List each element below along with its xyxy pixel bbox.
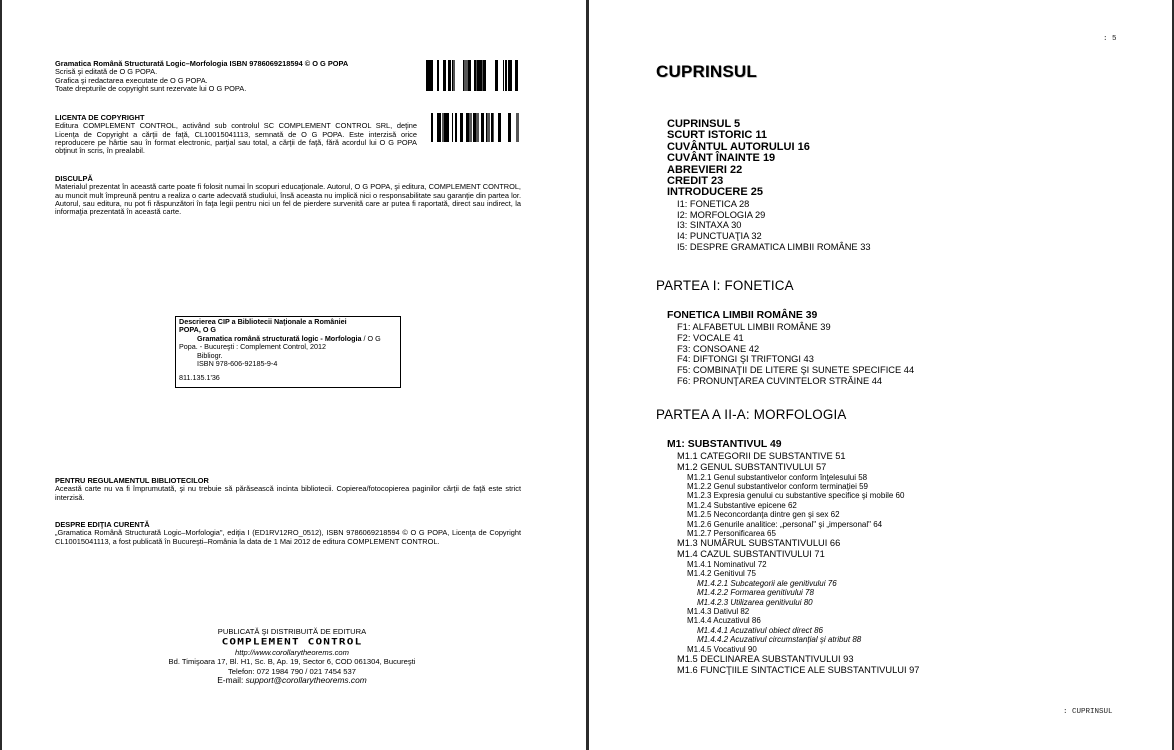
toc-entry[interactable]: M1.1 CATEGORII DE SUBSTANTIVE 51 [656,451,919,462]
toc-entry[interactable]: M1.2.5 Neconcordanţa dintre gen şi sex 6… [656,510,919,519]
edition-section: DESPRE EDIŢIA CURENTĂ „Gramatica Română … [55,521,521,546]
toc-entry[interactable]: F4: DIFTONGI ŞI TRIFTONGI 43 [656,354,914,365]
toc-entry[interactable]: CUVÂNT ÎNAINTE 19 [656,153,871,164]
toc-entry[interactable]: F2: VOCALE 41 [656,333,914,344]
edition-text: „Gramatica Română Structurată Logic–Morf… [55,529,521,546]
library-rules-section: PENTRU REGULAMENTUL BIBLIOTECILOR Aceast… [55,477,521,502]
toc-entry[interactable]: M1.2 GENUL SUBSTANTIVULUI 57 [656,462,919,473]
toc-entry[interactable]: M1.4.2.3 Utilizarea genitivului 80 [656,598,919,607]
toc-entry[interactable]: M1.2.4 Substantive epicene 62 [656,501,919,510]
toc-entry[interactable]: M1.3 NUMĂRUL SUBSTANTIVULUI 66 [656,538,919,549]
toc-entry[interactable]: M1.4.5 Vocativul 90 [656,645,919,654]
toc-part2: M1: SUBSTANTIVUL 49M1.1 CATEGORII DE SUB… [656,440,919,676]
toc-entry[interactable]: I4: PUNCTUAŢIA 32 [656,231,871,242]
library-rules-text: Această carte nu va fi împrumutată, şi n… [55,485,521,502]
toc-entry[interactable]: M1.2.7 Personificarea 65 [656,529,919,538]
disclaimer-text: Materialul prezentat în această carte po… [55,183,521,216]
license-text: Editura COMPLEMENT CONTROL, activând sub… [55,122,417,155]
left-page: Gramatica Română Structurată Logic–Morfo… [2,0,586,750]
barcode-stripe [516,113,519,142]
toc-entry[interactable]: M1.2.2 Genul substantivelor conform term… [656,482,919,491]
toc-part1: FONETICA LIMBII ROMÂNE 39F1: ALFABETUL L… [656,311,914,387]
barcode-license [424,113,519,142]
toc-entry[interactable]: M1.4.1 Nominativul 72 [656,560,919,569]
publisher-block: PUBLICATĂ ŞI DISTRIBUITĂ DE EDITURA COMP… [132,627,452,685]
toc-entry[interactable]: M1: SUBSTANTIVUL 49 [656,440,919,451]
toc-entry[interactable]: M1.6 FUNCŢIILE SINTACTICE ALE SUBSTANTIV… [656,665,919,676]
license-section: LICENTA DE COPYRIGHT Editura COMPLEMENT … [55,114,417,155]
publisher-email-label: E-mail: [217,675,245,685]
toc-entry[interactable]: M1.4.4.2 Acuzativul circumstanţial şi at… [656,635,919,644]
toc-entry[interactable]: I1: FONETICA 28 [656,199,871,210]
publisher-address: Bd. Timişoara 17, Bl. H1, Sc. B, Ap. 19,… [132,657,452,666]
toc-entry[interactable]: M1.2.6 Genurile analitice: „personal" şi… [656,520,919,529]
cip-box: Descrierea CIP a Bibliotecii Naţionale a… [175,316,401,388]
publisher-label: PUBLICATĂ ŞI DISTRIBUITĂ DE EDITURA [132,627,452,636]
toc-entry[interactable]: I5: DESPRE GRAMATICA LIMBII ROMÂNE 33 [656,242,871,253]
barcode-stripe [515,60,518,91]
toc-entry[interactable]: F6: PRONUNŢAREA CUVINTELOR STRĂINE 44 [656,376,914,387]
disclaimer-section: DISCULPĂ Materialul prezentat în această… [55,175,521,216]
toc-entry[interactable]: M1.4.4 Acuzativul 86 [656,616,919,625]
toc-entry[interactable]: M1.4 CAZUL SUBSTANTIVULUI 71 [656,549,919,560]
toc-entry[interactable]: I2: MORFOLOGIA 29 [656,210,871,221]
publisher-email[interactable]: support@corollarytheorems.com [246,675,367,685]
toc-entry[interactable]: M1.2.1 Genul substantivelor conform înţe… [656,473,919,482]
toc-entry[interactable]: INTRODUCERE 25 [656,187,871,198]
part-title-morfologia: PARTEA A II-A: MORFOLOGIA [656,407,847,422]
page-number: : 5 [1103,35,1117,43]
toc-entry[interactable]: M1.4.2.1 Subcategorii ale genitivului 76 [656,579,919,588]
cip-class: 811.135.1'36 [179,374,397,382]
toc-entry[interactable]: I3: SINTAXA 30 [656,220,871,231]
barcode-isbn [426,60,518,91]
toc-entry[interactable]: F1: ALFABETUL LIMBII ROMÂNE 39 [656,322,914,333]
page-title: CUPRINSUL [656,62,757,82]
publisher-url[interactable]: http://www.corollarytheorems.com [132,648,452,657]
publisher-logo: COMPLEMENT CONTROL [222,637,363,647]
toc-entry[interactable]: M1.4.3 Dativul 82 [656,607,919,616]
cip-title-rest: / O G [362,334,381,343]
right-page: : 5 CUPRINSUL CUPRINSUL 5SCURT ISTORIC 1… [589,0,1172,750]
toc-entry[interactable]: M1.4.2 Genitivul 75 [656,569,919,578]
toc-front-matter: CUPRINSUL 5SCURT ISTORIC 11CUVÂNTUL AUTO… [656,119,871,253]
toc-entry[interactable]: M1.4.4.1 Acuzativul obiect direct 86 [656,626,919,635]
toc-entry[interactable]: M1.2.3 Expresia genului cu substantive s… [656,491,919,500]
toc-entry[interactable]: FONETICA LIMBII ROMÂNE 39 [656,311,914,322]
page-footer: : CUPRINSUL [1063,708,1113,716]
toc-entry[interactable]: M1.5 DECLINAREA SUBSTANTIVULUI 93 [656,654,919,665]
cip-isbn: ISBN 978-606-92185-9-4 [179,360,397,368]
toc-entry[interactable]: F5: COMBINAŢII DE LITERE ŞI SUNETE SPECI… [656,365,914,376]
part-title-fonetica: PARTEA I: FONETICA [656,278,794,293]
toc-entry[interactable]: M1.4.2.2 Formarea genitivului 78 [656,588,919,597]
toc-entry[interactable]: F3: CONSOANE 42 [656,344,914,355]
